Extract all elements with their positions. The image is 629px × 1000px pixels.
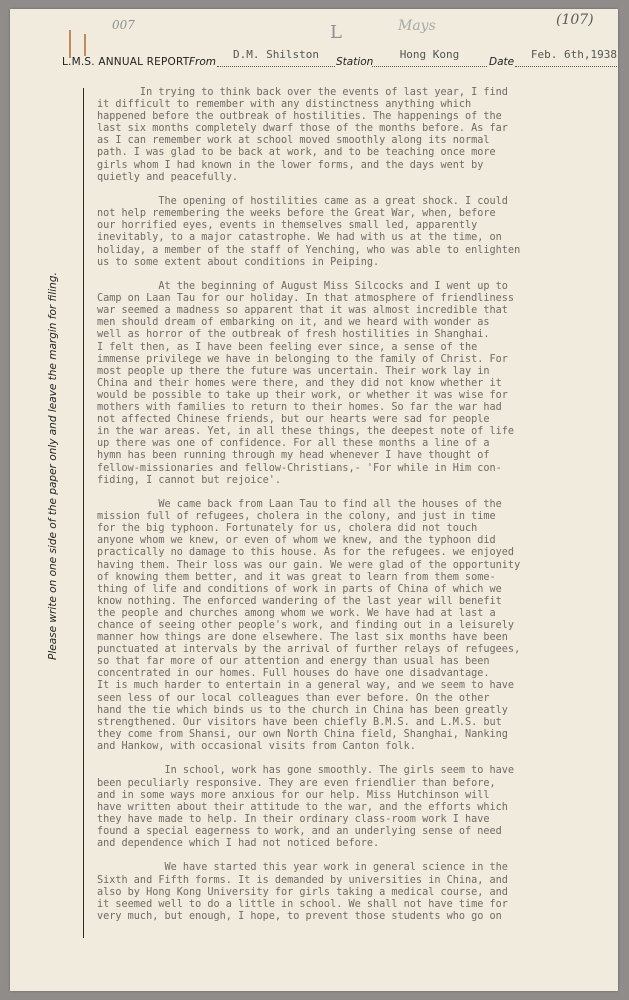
text-line: girls whom I had known in the lower form… bbox=[97, 160, 617, 172]
text-line: The opening of hostilities came as a gre… bbox=[97, 196, 617, 208]
paragraph: We came back from Laan Tau to find all t… bbox=[97, 499, 617, 753]
text-line: well as horror of the outbreak of fresh … bbox=[97, 329, 617, 341]
text-line: for the big typhoon. Fortunately for us,… bbox=[97, 523, 617, 535]
text-line: concentrated in our homes. Full houses d… bbox=[97, 668, 617, 680]
text-line: men should dream of embarking on it, and… bbox=[97, 317, 617, 329]
letter-body: In trying to think back over the events … bbox=[97, 87, 617, 935]
paragraph: In school, work has gone smoothly. The g… bbox=[97, 765, 617, 850]
text-line: We have started this year work in genera… bbox=[97, 862, 617, 874]
margin-instruction: Please write on one side of the paper on… bbox=[47, 272, 59, 660]
text-line: the people and churches among whom we wo… bbox=[97, 608, 617, 620]
handwritten-mark: L bbox=[330, 22, 342, 43]
date-label: Date bbox=[489, 56, 514, 68]
text-line: We came back from Laan Tau to find all t… bbox=[97, 499, 617, 511]
from-label: From bbox=[189, 56, 216, 68]
station-field: Hong Kong bbox=[372, 48, 487, 67]
text-line: know nothing. The enforced wandering of … bbox=[97, 596, 617, 608]
text-line: fiding, I cannot but rejoice'. bbox=[97, 475, 617, 487]
text-line: Camp on Laan Tau for our holiday. In tha… bbox=[97, 293, 617, 305]
text-line: in the war areas. Yet, in all these thin… bbox=[97, 426, 617, 438]
paragraph: We have started this year work in genera… bbox=[97, 862, 617, 922]
text-line: happened before the outbreak of hostilit… bbox=[97, 111, 617, 123]
text-line: seen less of our local colleagues than e… bbox=[97, 693, 617, 705]
text-line: up there was one of confidence. For all … bbox=[97, 438, 617, 450]
text-line: immense privilege we have in belonging t… bbox=[97, 354, 617, 366]
text-line: most people up there the future was unce… bbox=[97, 366, 617, 378]
text-line: hand the tie which binds us to the churc… bbox=[97, 705, 617, 717]
text-line: At the beginning of August Miss Silcocks… bbox=[97, 281, 617, 293]
text-line: In trying to think back over the events … bbox=[97, 87, 617, 99]
text-line: our horrified eyes, events in themselves… bbox=[97, 220, 617, 232]
text-line: Sixth and Fifth forms. It is demanded by… bbox=[97, 875, 617, 887]
station-label: Station bbox=[336, 56, 373, 68]
text-line: punctuated at intervals by the arrival o… bbox=[97, 644, 617, 656]
text-line: anyone whom we knew, or even of whom we … bbox=[97, 535, 617, 547]
text-line: not affected Chinese friends, but our he… bbox=[97, 414, 617, 426]
text-line: it difficult to remember with any distin… bbox=[97, 99, 617, 111]
text-line: inevitably, to a major catastrophe. We h… bbox=[97, 232, 617, 244]
text-line: thing of life and conditions of work in … bbox=[97, 584, 617, 596]
text-line: as I can remember work at school moved s… bbox=[97, 135, 617, 147]
report-title: L.M.S. ANNUAL REPORT. bbox=[62, 56, 192, 68]
text-line: of knowing them better, and it was great… bbox=[97, 572, 617, 584]
text-line: last six months completely dwarf those o… bbox=[97, 123, 617, 135]
text-line: and Hankow, with occasional visits from … bbox=[97, 741, 617, 753]
handwritten-ref-number: 007 bbox=[112, 18, 135, 32]
report-header: L.M.S. ANNUAL REPORT. From D.M. Shilston… bbox=[62, 48, 622, 70]
paragraph: At the beginning of August Miss Silcocks… bbox=[97, 281, 617, 487]
text-line: I felt then, as I have been feeling ever… bbox=[97, 342, 617, 354]
text-line: it seemed well to do a little in school.… bbox=[97, 899, 617, 911]
text-line: path. I was glad to be back at work, and… bbox=[97, 147, 617, 159]
text-line: they come from Shansi, our own North Chi… bbox=[97, 729, 617, 741]
handwritten-page-number: (107) bbox=[556, 12, 594, 28]
text-line: war seemed a madness so apparent that it… bbox=[97, 305, 617, 317]
text-line: and dependence which I had not noticed b… bbox=[97, 838, 617, 850]
paragraph: The opening of hostilities came as a gre… bbox=[97, 196, 617, 269]
text-line: fellow-missionaries and fellow-Christian… bbox=[97, 463, 617, 475]
text-line: mission full of refugees, cholera in the… bbox=[97, 511, 617, 523]
paragraph: In trying to think back over the events … bbox=[97, 87, 617, 184]
text-line: they have made to help. In their ordinar… bbox=[97, 814, 617, 826]
text-line: In school, work has gone smoothly. The g… bbox=[97, 765, 617, 777]
text-line: very much, but enough, I hope, to preven… bbox=[97, 911, 617, 923]
text-line: China and their homes were there, and th… bbox=[97, 378, 617, 390]
text-line: mothers with families to return to their… bbox=[97, 402, 617, 414]
text-line: holiday, a member of the staff of Yenchi… bbox=[97, 245, 617, 257]
text-line: strengthened. Our visitors have been chi… bbox=[97, 717, 617, 729]
text-line: chance of seeing other people's work, an… bbox=[97, 620, 617, 632]
text-line: also by Hong Kong University for girls t… bbox=[97, 887, 617, 899]
filing-margin-line bbox=[83, 88, 84, 938]
text-line: so that far more of our attention and en… bbox=[97, 656, 617, 668]
text-line: and in some ways more anxious for our he… bbox=[97, 790, 617, 802]
text-line: quietly and peacefully. bbox=[97, 172, 617, 184]
text-line: have written about their attitude to the… bbox=[97, 802, 617, 814]
text-line: It is much harder to entertain in a gene… bbox=[97, 680, 617, 692]
text-line: found a special eagerness to work, and a… bbox=[97, 826, 617, 838]
text-line: hymn has been running through my head wh… bbox=[97, 450, 617, 462]
text-line: not help remembering the weeks before th… bbox=[97, 208, 617, 220]
text-line: manner how things are done elsewhere. Th… bbox=[97, 632, 617, 644]
text-line: been peculiarly responsive. They are eve… bbox=[97, 778, 617, 790]
handwritten-note: Mays bbox=[398, 18, 436, 34]
text-line: us to some extent about conditions in Pe… bbox=[97, 257, 617, 269]
from-field: D.M. Shilston bbox=[217, 48, 335, 67]
text-line: having them. Their loss was our gain. We… bbox=[97, 560, 617, 572]
text-line: would be possible to take up their work,… bbox=[97, 390, 617, 402]
text-line: practically no damage to this house. As … bbox=[97, 547, 617, 559]
date-field: Feb. 6th,1938 bbox=[515, 48, 617, 67]
